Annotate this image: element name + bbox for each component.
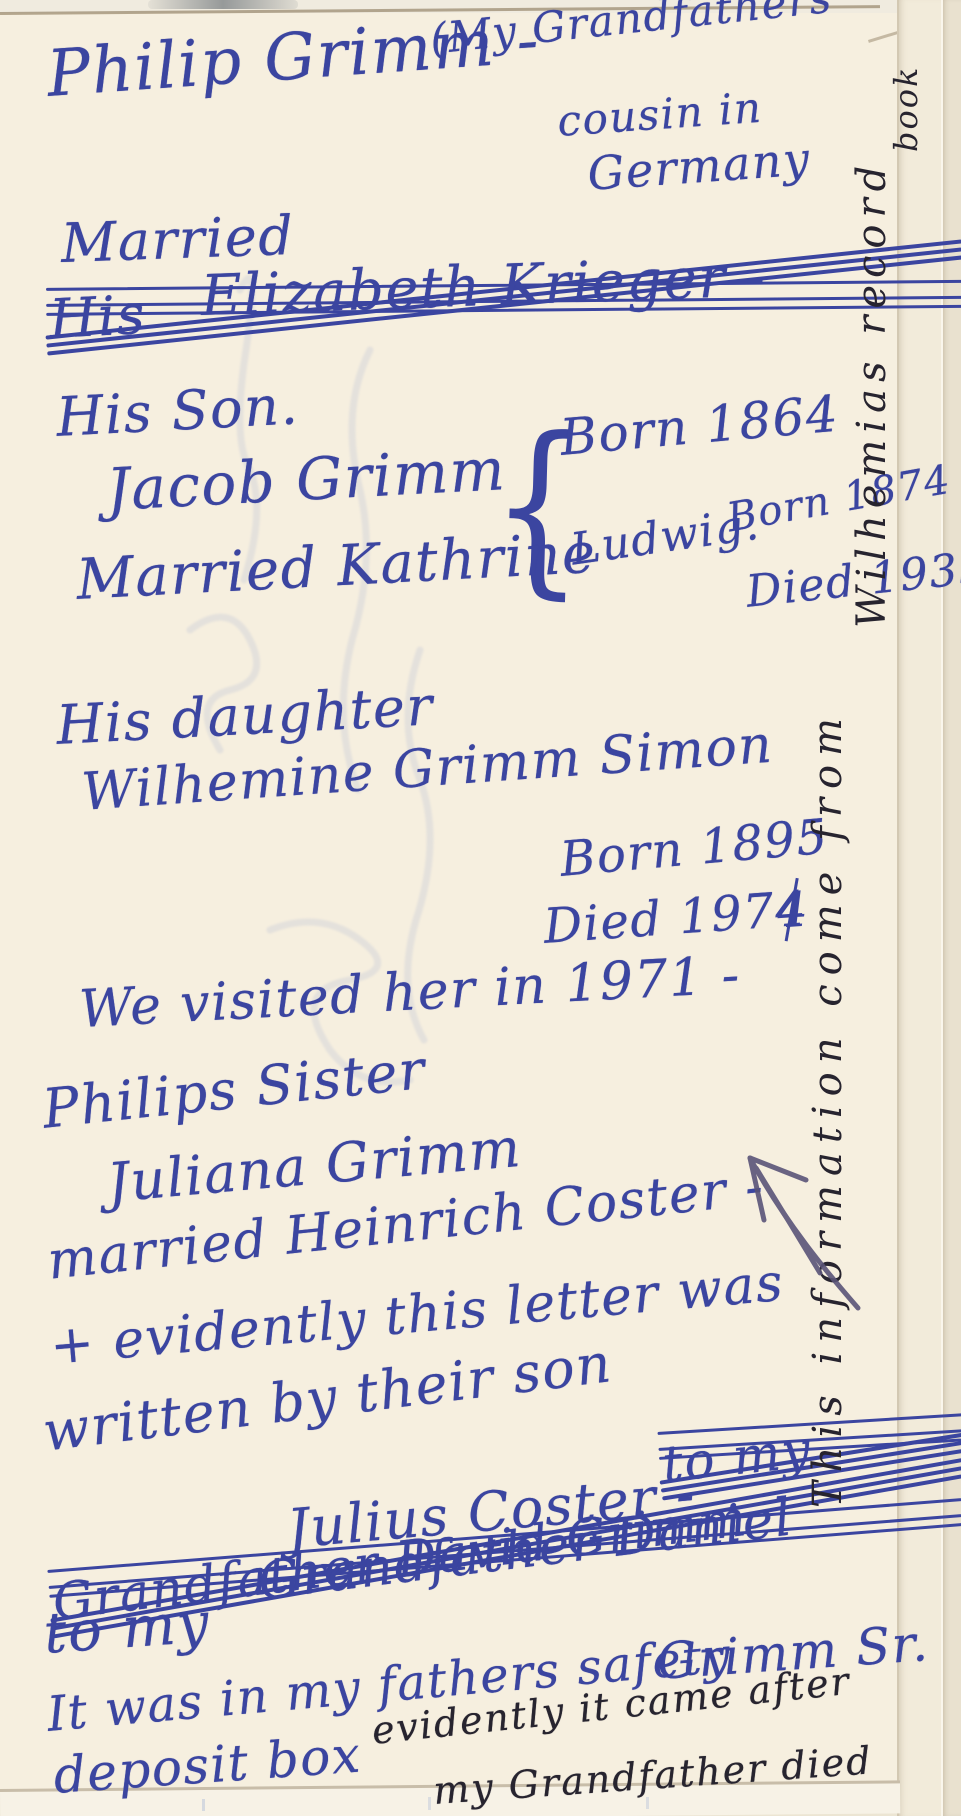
top-edge-smudge [148, 0, 298, 9]
died-1974-overwritten-digit: 4 [773, 881, 809, 939]
note-line-to-my: to my [42, 1594, 212, 1664]
margin-note-source-3: book [890, 66, 922, 152]
scanned-note: { "colors": { "paper": "#f6efdf", "backi… [0, 0, 961, 1816]
margin-note-source-1: This information come from [808, 709, 848, 1508]
arrow-up-icon [690, 1118, 890, 1328]
margin-note-source-2: Wilhemias record [852, 159, 892, 628]
note-line-his-son: His Son. [55, 377, 300, 446]
